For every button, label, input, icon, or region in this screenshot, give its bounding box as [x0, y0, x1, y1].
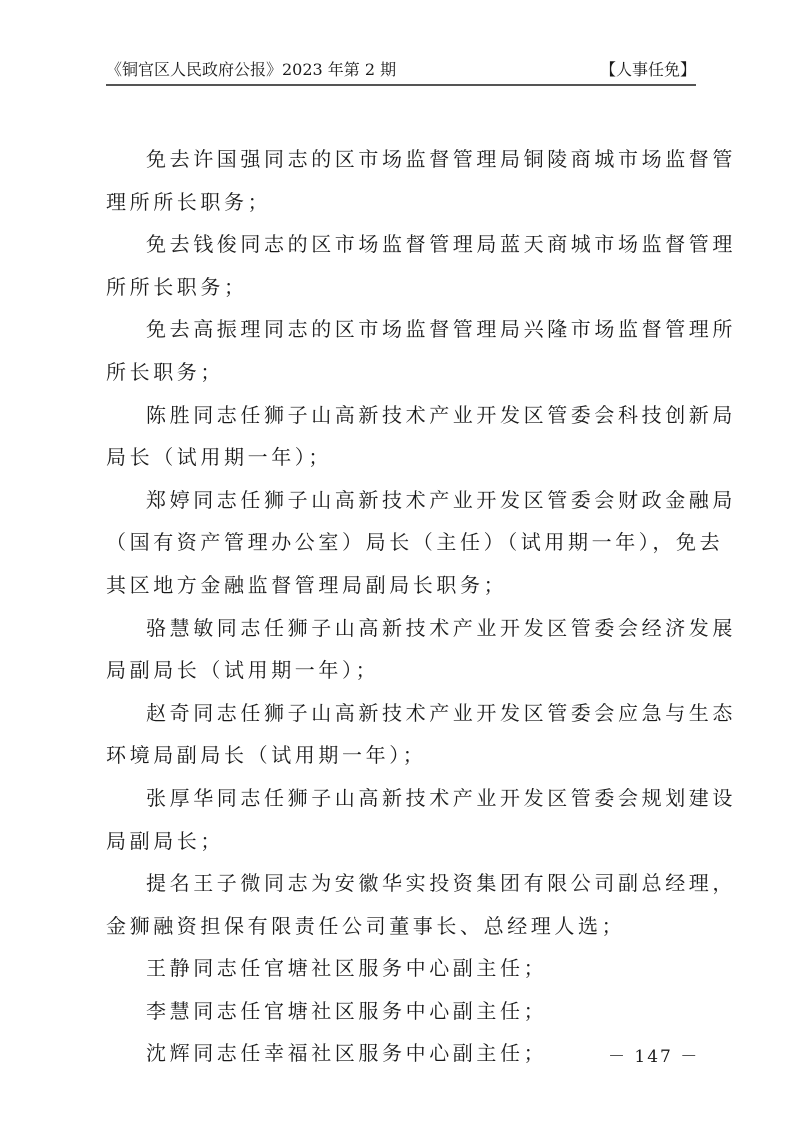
header-divider	[106, 84, 696, 86]
publication-title: 《铜官区人民政府公报》2023 年第 2 期	[106, 57, 396, 80]
text-line: 所所长职务；	[106, 266, 696, 309]
text-line: 赵奇同志任狮子山高新技术产业开发区管委会应急与生态	[106, 692, 696, 735]
page-number: － 147 －	[608, 1042, 699, 1067]
text-line: 骆慧敏同志任狮子山高新技术产业开发区管委会经济发展	[106, 607, 696, 650]
text-line: 金狮融资担保有限责任公司董事长、总经理人选；	[106, 905, 696, 948]
text-line: 免去高振理同志的区市场监督管理局兴隆市场监督管理所	[106, 308, 696, 351]
text-line: 免去许国强同志的区市场监督管理局铜陵商城市场监督管	[106, 138, 696, 181]
text-line: 陈胜同志任狮子山高新技术产业开发区管委会科技创新局	[106, 394, 696, 437]
text-line: 郑婷同志任狮子山高新技术产业开发区管委会财政金融局	[106, 479, 696, 522]
text-line: 免去钱俊同志的区市场监督管理局蓝天商城市场监督管理	[106, 223, 696, 266]
running-header: 《铜官区人民政府公报》2023 年第 2 期 【人事任免】	[106, 56, 696, 80]
text-line: 提名王子微同志为安徽华实投资集团有限公司副总经理，	[106, 862, 696, 905]
text-line: 局长（试用期一年）；	[106, 436, 696, 479]
text-line: 其区地方金融监督管理局副局长职务；	[106, 564, 696, 607]
text-line: 张厚华同志任狮子山高新技术产业开发区管委会规划建设	[106, 777, 696, 820]
text-line: 理所所长职务；	[106, 181, 696, 224]
section-label: 【人事任免】	[600, 57, 696, 80]
text-line: 李慧同志任官塘社区服务中心副主任；	[106, 990, 696, 1033]
text-line: 环境局副局长（试用期一年）；	[106, 734, 696, 777]
document-body: 免去许国强同志的区市场监督管理局铜陵商城市场监督管理所所长职务；免去钱俊同志的区…	[106, 138, 696, 1075]
text-line: 局副局长（试用期一年）；	[106, 649, 696, 692]
text-line: 所长职务；	[106, 351, 696, 394]
text-line: （国有资产管理办公室）局长（主任）（试用期一年），免去	[106, 521, 696, 564]
text-line: 王静同志任官塘社区服务中心副主任；	[106, 947, 696, 990]
text-line: 局副局长；	[106, 820, 696, 863]
